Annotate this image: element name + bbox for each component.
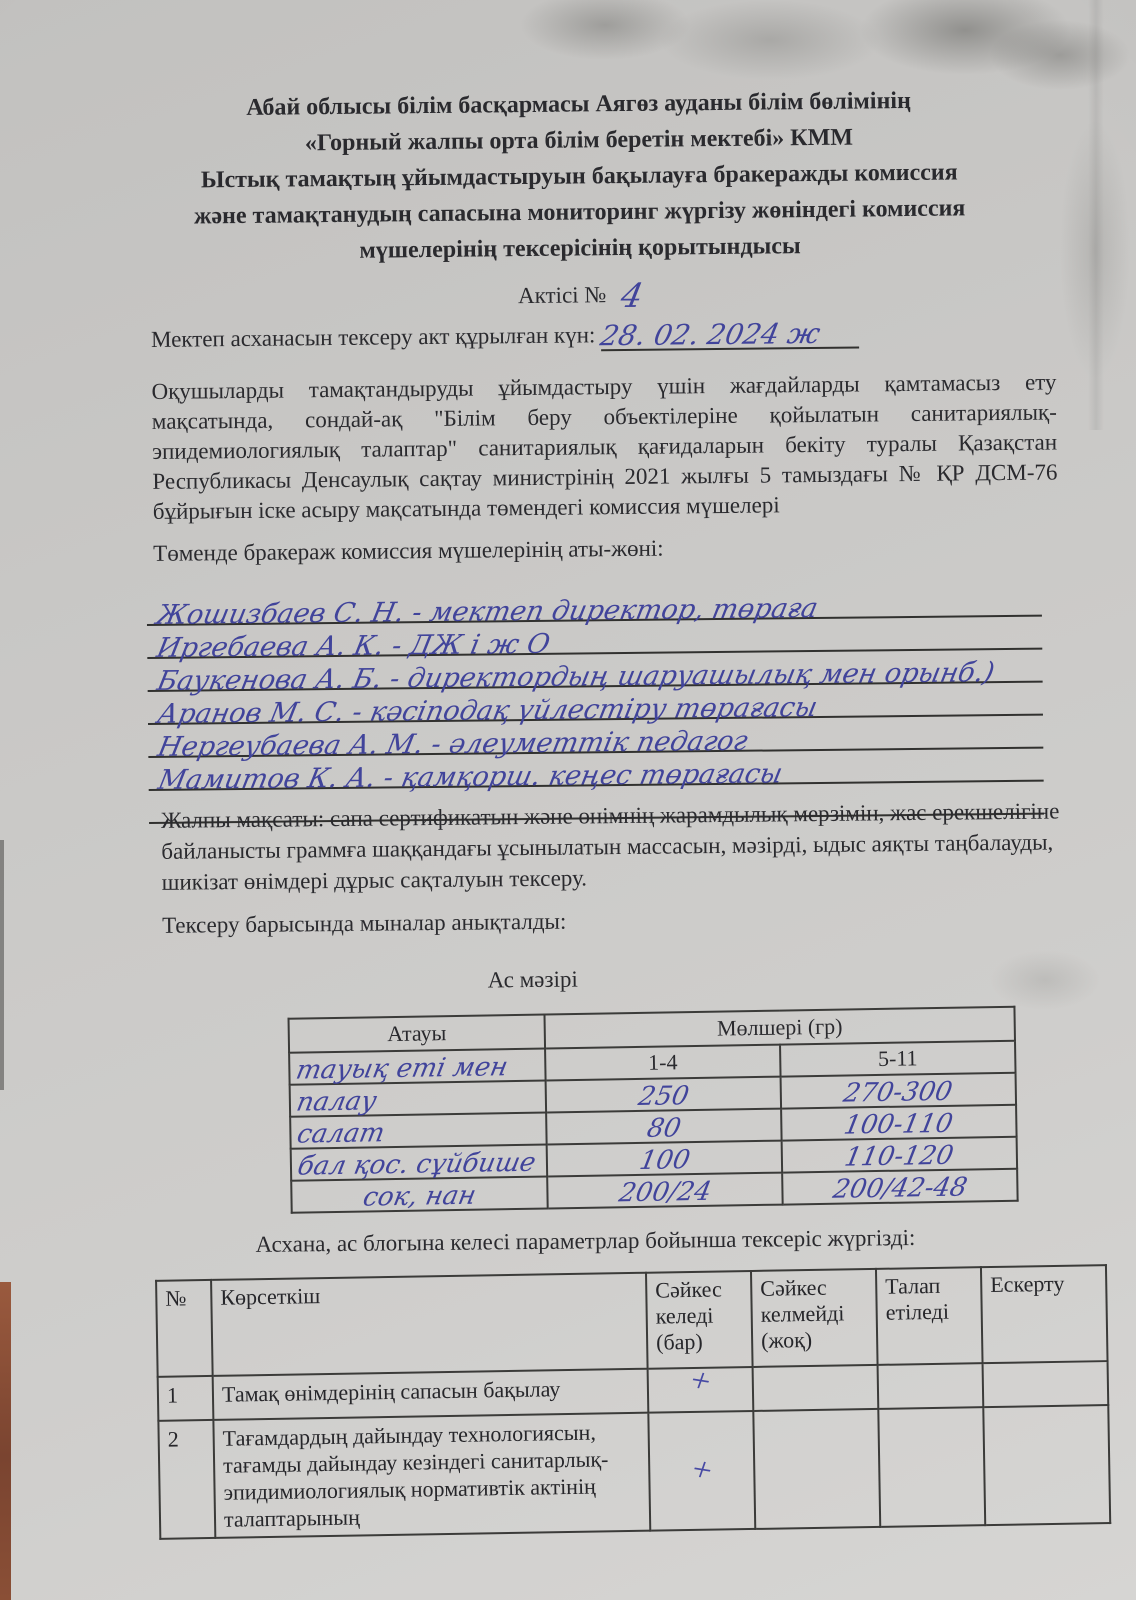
menu-v511-cell: 110-120	[782, 1137, 1018, 1173]
act-label: Актісі №	[518, 282, 606, 308]
check-col-yes: Сәйкес келеді (бар)	[646, 1271, 753, 1369]
menu-subheader-1-4: 1-4	[545, 1045, 780, 1081]
menu-value-handwritten: 100	[637, 1145, 693, 1176]
menu-dish-cell: сок, нан	[291, 1176, 547, 1212]
check-note-cell	[983, 1405, 1110, 1525]
menu-dish-handwritten: бал қос. сұйбише	[295, 1148, 538, 1182]
check-table: № Көрсеткіш Сәйкес келеді (бар) Сәйкес к…	[155, 1264, 1111, 1540]
menu-v14-cell: 200/24	[547, 1173, 782, 1209]
check-num-cell: 2	[158, 1420, 215, 1539]
check-col-no: №	[156, 1280, 213, 1377]
menu-v14-cell: 100	[547, 1141, 782, 1177]
check-yes-cell: +	[648, 1411, 755, 1531]
date-underline: 28. 02. 2024 ж	[601, 314, 859, 352]
check-col-not: Сәйкес келмейді (жоқ)	[751, 1269, 878, 1367]
menu-value-handwritten: 80	[644, 1113, 683, 1144]
menu-value-handwritten: 270-300	[841, 1077, 955, 1109]
check-col-indicator: Көрсеткіш	[211, 1273, 648, 1376]
check-indicator-cell: Тағамдардың дайындау технологиясын, таға…	[213, 1413, 650, 1538]
check-col-note: Ескерту	[981, 1265, 1108, 1363]
date-label: Мектеп асханасын тексеру акт құрылған кү…	[151, 322, 596, 352]
menu-dish-handwritten: салат	[295, 1118, 388, 1150]
menu-col-name-header: Атауы	[289, 1015, 546, 1053]
check-no-cell	[753, 1409, 880, 1529]
date-handwritten: 28. 02. 2024 ж	[598, 317, 824, 352]
findings-heading: Тексеру барысында мыналар анықталды:	[162, 903, 1062, 938]
act-number-handwritten: 4	[618, 276, 647, 315]
menu-v511-cell: 270-300	[781, 1073, 1017, 1109]
menu-dish-handwritten: палау	[294, 1086, 379, 1117]
menu-v14-cell: 250	[546, 1077, 781, 1113]
params-heading: Асхана, ас блогына келесі параметрлар бо…	[145, 1224, 1025, 1259]
document-title: Абай облысы білім басқармасы Аягөз аудан…	[103, 81, 1055, 271]
menu-v511-cell: 200/42-48	[782, 1169, 1018, 1205]
menu-value-handwritten: 250	[636, 1081, 692, 1112]
menu-handwritten-note: тауық еті мен	[293, 1052, 510, 1086]
scanned-document-page: Абай облысы білім басқармасы Аягөз аудан…	[0, 0, 1136, 1600]
check-row: 2 Тағамдардың дайындау технологиясын, та…	[158, 1405, 1110, 1539]
menu-value-handwritten: 200/24	[616, 1177, 713, 1209]
intro-paragraph: Оқушыларды тамақтандыруды ұйымдастыру үш…	[151, 367, 1058, 526]
menu-value-handwritten: 100-110	[842, 1109, 956, 1141]
menu-dish-cell: салат	[290, 1112, 546, 1148]
menu-title: Ас мәзірі	[93, 962, 973, 997]
members-list: Жошизбаев С. Н. - мектеп директор, төрағ…	[147, 584, 1044, 824]
check-yes-cell: +	[648, 1367, 754, 1413]
plus-mark-handwritten: +	[687, 1453, 717, 1489]
menu-v511-cell: 100-110	[781, 1105, 1017, 1141]
check-note-cell	[983, 1361, 1109, 1407]
menu-value-handwritten: 200/42-48	[830, 1172, 969, 1204]
menu-header-handwritten-cell: тауық еті мен	[289, 1049, 545, 1085]
menu-subheader-5-11: 5-11	[780, 1041, 1016, 1077]
menu-dish-cell: бал қос. сұйбише	[291, 1144, 547, 1180]
members-heading: Төменде бракераж комиссия мүшелерінің ат…	[153, 531, 1058, 566]
menu-dish-handwritten: сок, нан	[361, 1181, 479, 1213]
menu-v14-cell: 80	[546, 1109, 781, 1145]
menu-dish-cell: палау	[290, 1081, 546, 1117]
check-col-required: Талап етіледі	[876, 1267, 983, 1365]
purpose-paragraph: Жалпы мақсаты: сапа сертификатын және өн…	[161, 795, 1062, 897]
check-required-cell	[878, 1363, 984, 1409]
menu-value-handwritten: 110-120	[842, 1141, 956, 1173]
check-no-cell	[753, 1365, 879, 1411]
menu-table: Атауы Мөлшері (гр) тауық еті мен 1-4 5-1…	[288, 1006, 1019, 1214]
check-required-cell	[878, 1407, 985, 1527]
check-num-cell: 1	[158, 1376, 214, 1421]
plus-mark-handwritten: +	[685, 1364, 715, 1400]
check-indicator-cell: Тамақ өнімдерінің сапасын бақылау	[213, 1369, 649, 1420]
